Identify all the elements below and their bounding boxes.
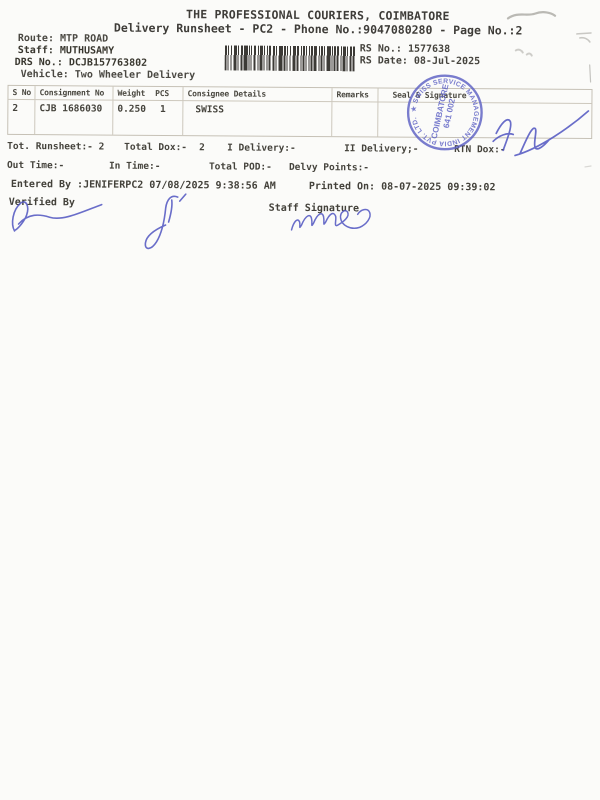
scanned-sheet: THE PROFESSIONAL COURIERS, COIMBATORE De… bbox=[0, 0, 600, 800]
row-sno: 2 bbox=[8, 100, 35, 134]
col-header-pcs: PCS bbox=[155, 89, 169, 100]
swiss-service-stamp: ★ SWISS SERVICE MANAGEMENT INDIA PVT. LT… bbox=[405, 73, 485, 153]
runsheet-subtitle: Delivery Runsheet - PC2 - Phone No.:9047… bbox=[114, 21, 523, 38]
row-consignee: SWISS bbox=[183, 101, 332, 136]
runsheet-document: THE PROFESSIONAL COURIERS, COIMBATORE De… bbox=[0, 0, 600, 800]
delvy-points-field: Delvy Points:- bbox=[289, 162, 369, 174]
smudge-mark-1 bbox=[508, 12, 555, 19]
drs-no-field: DRS No.: DCJB157763802 bbox=[15, 57, 148, 69]
row-weight-pcs: 0.250 1 bbox=[113, 101, 183, 135]
rs-no-field: RS No.: 1577638 bbox=[360, 43, 450, 55]
smudge-mark-2 bbox=[577, 33, 591, 42]
smudge-mark-3 bbox=[516, 50, 532, 56]
verified-by-label: Verified By bbox=[9, 197, 75, 208]
staff-field: Staff: MUTHUSAMY bbox=[18, 45, 114, 57]
printed-on-field: Printed On: 08-07-2025 09:39:02 bbox=[309, 181, 496, 193]
in-time-field: In Time:- bbox=[109, 161, 161, 172]
out-time-field: Out Time:- bbox=[7, 160, 64, 171]
total-dox-value: 2 bbox=[199, 142, 205, 153]
route-field: Route: MTP ROAD bbox=[18, 33, 108, 45]
barcode bbox=[225, 45, 356, 71]
row-pcs: 1 bbox=[160, 104, 166, 135]
consignment-table: S No Consignment No Weight PCS Consignee… bbox=[7, 85, 592, 139]
col-header-weight: Weight bbox=[117, 89, 145, 100]
row-remarks bbox=[332, 102, 378, 136]
col-header-remarks: Remarks bbox=[332, 88, 378, 102]
row-consignment: CJB 1686030 bbox=[35, 100, 113, 135]
staff-signature-label: Staff Signature bbox=[269, 203, 359, 215]
vehicle-field: Vehicle: Two Wheeler Delivery bbox=[21, 69, 196, 81]
rs-date-field: RS Date: 08-Jul-2025 bbox=[360, 55, 480, 67]
entered-by-field: Entered By :JENIFERPC2 07/08/2025 9:38:5… bbox=[11, 179, 276, 192]
i-delivery-field: I Delivery:- bbox=[227, 142, 296, 153]
stray-line-mark bbox=[590, 65, 591, 82]
smudge-mark-4 bbox=[585, 166, 591, 167]
col-header-consignment: Consignment No bbox=[35, 86, 113, 101]
col-header-sno: S No bbox=[8, 86, 35, 100]
row-weight: 0.250 bbox=[117, 104, 146, 135]
total-dox-label: Total Dox:- bbox=[124, 142, 187, 153]
col-header-consignee: Consignee Details bbox=[183, 87, 332, 102]
col-header-weight-pcs: Weight PCS bbox=[113, 87, 183, 101]
center-signature bbox=[145, 194, 185, 249]
total-pod-field: Total POD:- bbox=[209, 161, 272, 172]
total-runsheet: Tot. Runsheet:- 2 bbox=[7, 141, 104, 153]
